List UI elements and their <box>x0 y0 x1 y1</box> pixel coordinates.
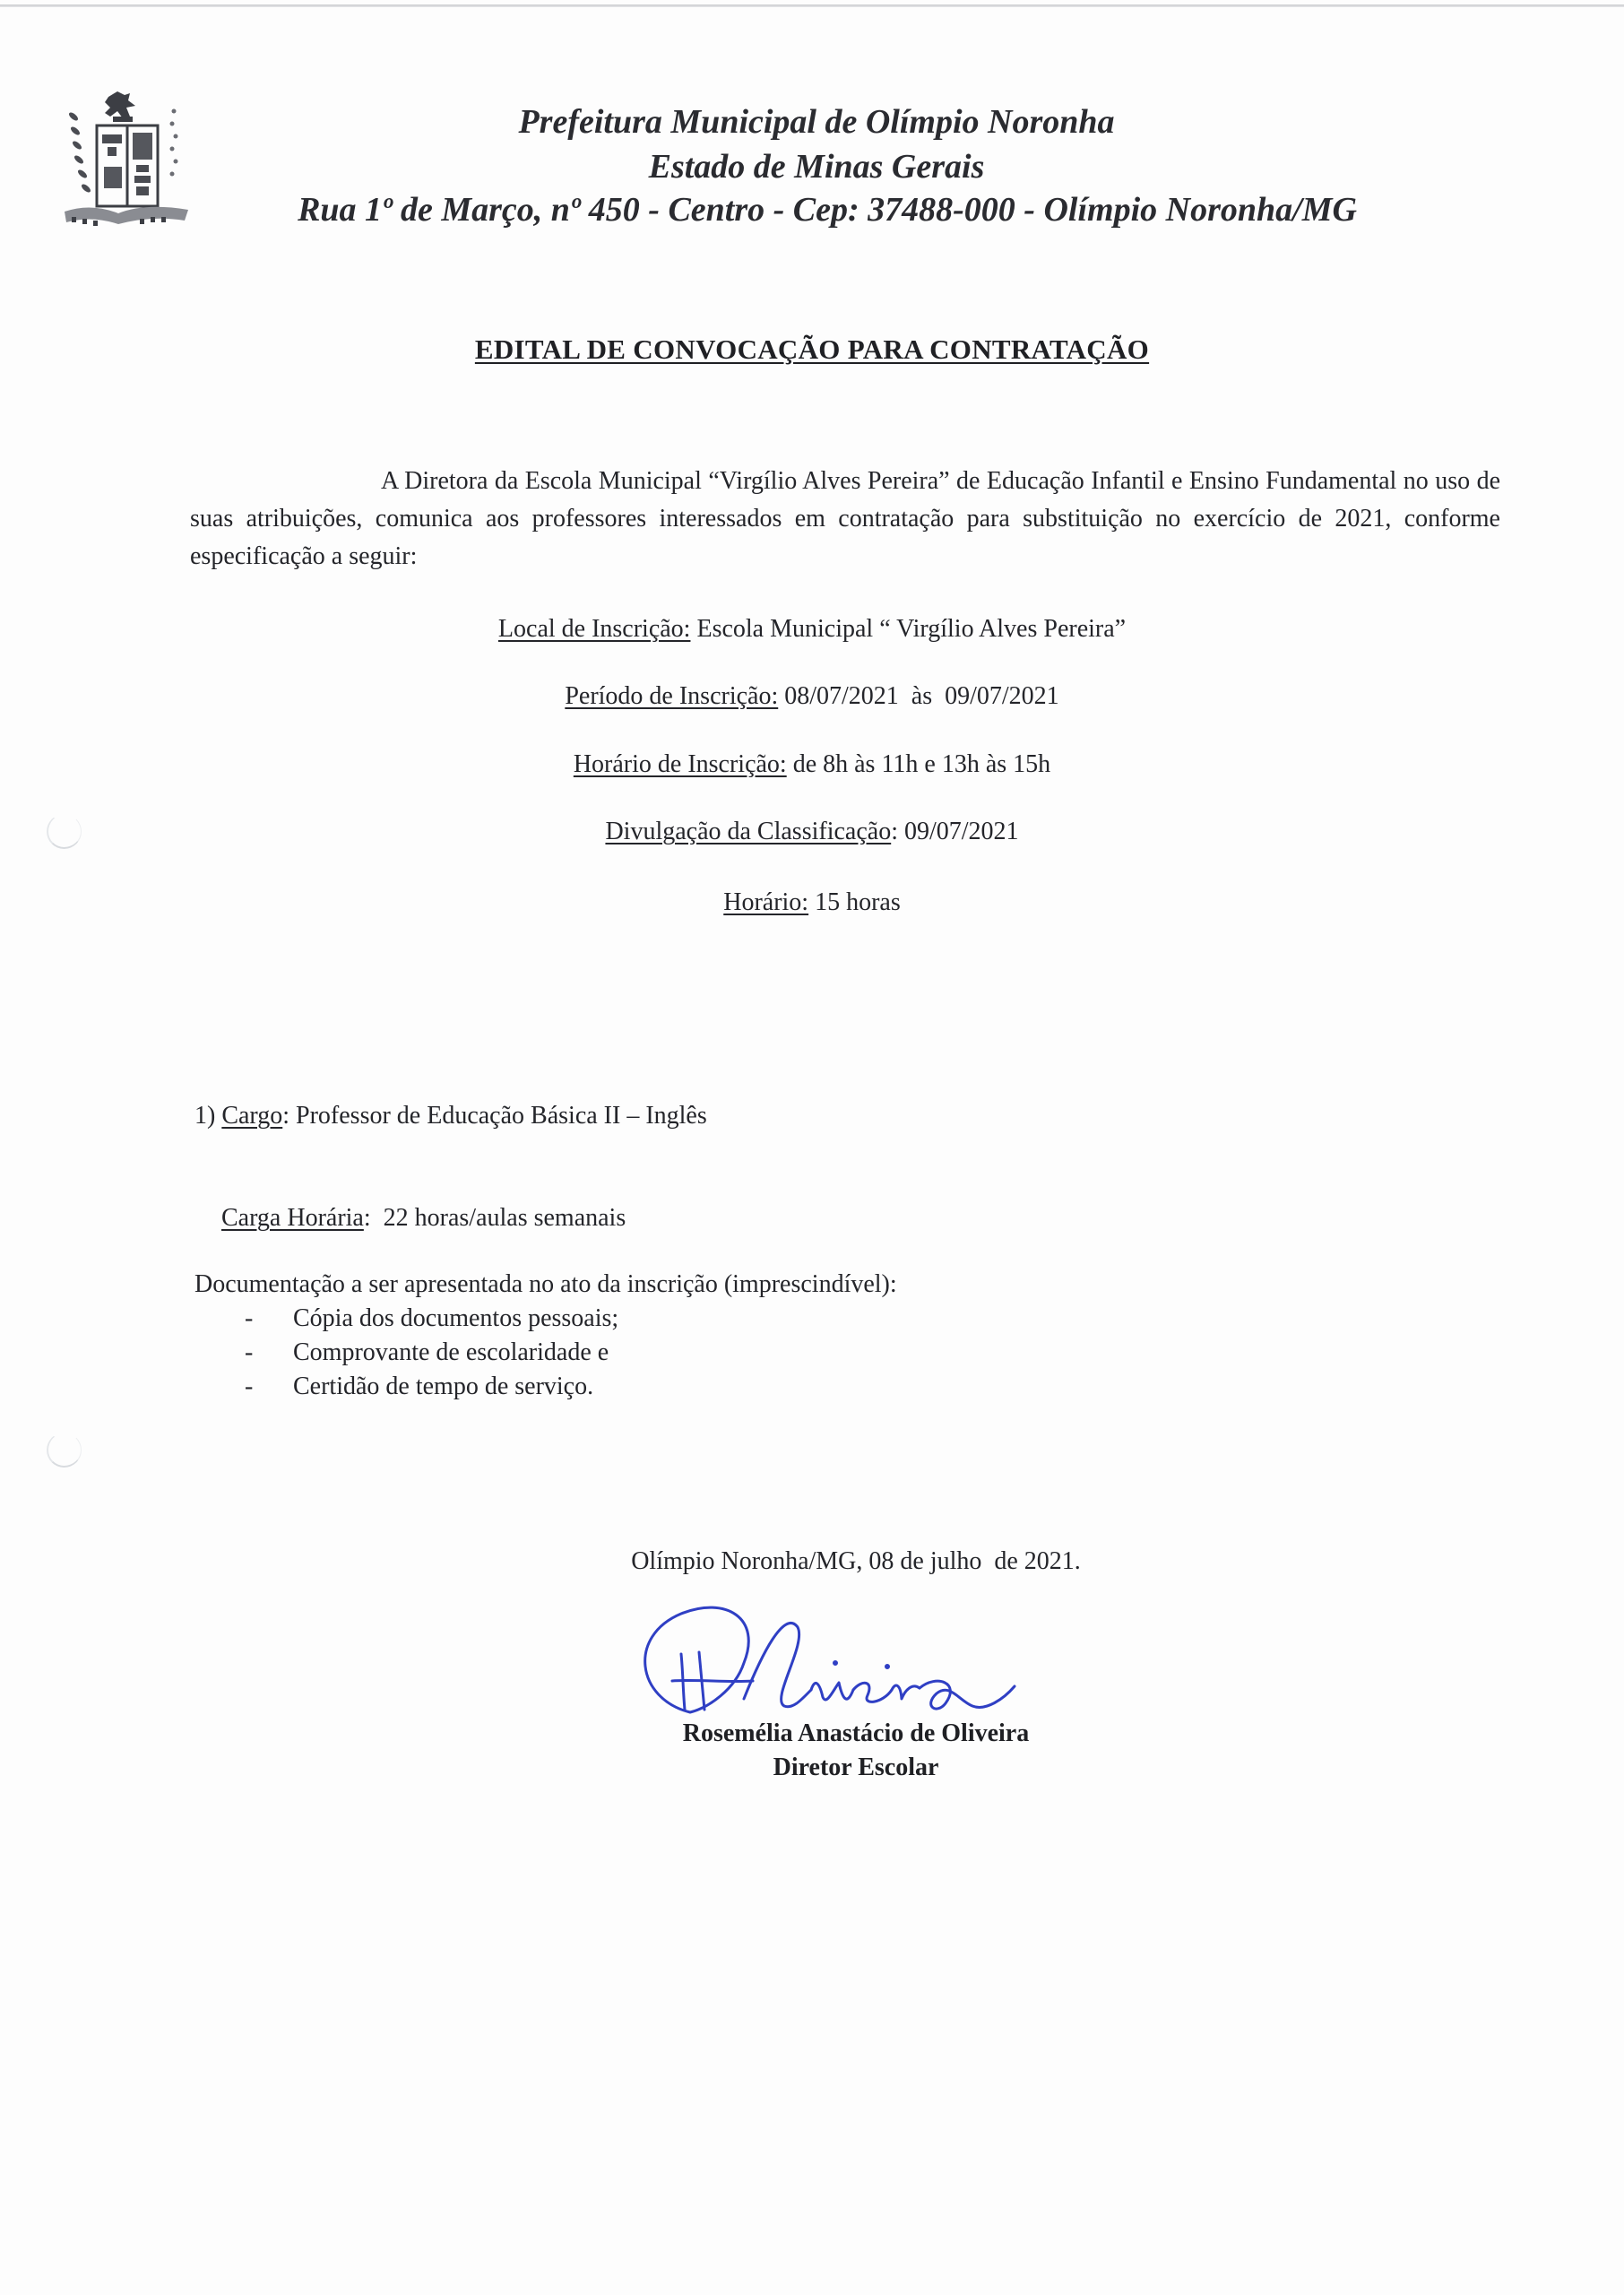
info-horario: Horário: 15 horas <box>0 888 1624 917</box>
info-label: Local de Inscrição: <box>498 615 691 643</box>
list-item-text: Certidão de tempo de serviço. <box>293 1373 593 1400</box>
info-local-inscricao: Local de Inscrição: Escola Municipal “ V… <box>0 615 1624 644</box>
info-value: : 09/07/2021 <box>891 818 1018 845</box>
list-item: -Cópia dos documentos pessoais; <box>194 1302 897 1336</box>
signer-role: Diretor Escolar <box>0 1754 1624 1782</box>
list-item-text: Comprovante de escolaridade e <box>293 1338 609 1366</box>
signature-icon <box>627 1600 1022 1721</box>
dash-bullet-icon: - <box>245 1302 253 1336</box>
info-label: Horário de Inscrição: <box>574 750 787 778</box>
document-title: EDITAL DE CONVOCAÇÃO PARA CONTRATAÇÃO <box>0 333 1624 366</box>
list-item: -Certidão de tempo de serviço. <box>194 1370 897 1404</box>
list-item-text: Cópia dos documentos pessoais; <box>293 1304 618 1332</box>
info-horario-inscricao: Horário de Inscrição: de 8h às 11h e 13h… <box>0 750 1624 779</box>
info-label: Período de Inscrição: <box>565 682 778 710</box>
dash-bullet-icon: - <box>245 1370 253 1404</box>
info-value: de 8h às 11h e 13h às 15h <box>787 750 1050 778</box>
header-state: Estado de Minas Gerais <box>0 147 1624 186</box>
documents-list: -Cópia dos documentos pessoais; -Comprov… <box>194 1302 897 1404</box>
header-municipality: Prefeitura Municipal de Olímpio Noronha <box>0 102 1624 142</box>
job-section: 1) Cargo: Professor de Educação Básica I… <box>194 1031 707 1303</box>
job-cargo-label: Cargo <box>221 1102 282 1130</box>
scan-top-edge <box>0 4 1624 7</box>
job-carga-label: Carga Horária <box>221 1204 364 1232</box>
info-periodo-inscricao: Período de Inscrição: 08/07/2021 às 09/0… <box>0 682 1624 711</box>
dash-bullet-icon: - <box>245 1336 253 1370</box>
job-cargo-value: : Professor de Educação Básica II – Ingl… <box>282 1102 707 1130</box>
intro-paragraph: A Diretora da Escola Municipal “Virgílio… <box>190 463 1500 576</box>
signer-name: Rosemélia Anastácio de Oliveira <box>0 1719 1624 1748</box>
job-carga-row: Carga Horária: 22 horas/aulas semanais <box>194 1201 707 1235</box>
info-divulgacao-classificacao: Divulgação da Classificação: 09/07/2021 <box>0 818 1624 846</box>
place-and-date: Olímpio Noronha/MG, 08 de julho de 2021. <box>0 1547 1624 1576</box>
documents-heading: Documentação a ser apresentada no ato da… <box>194 1268 897 1302</box>
documents-section: Documentação a ser apresentada no ato da… <box>194 1268 897 1404</box>
info-label: Horário: <box>723 888 808 916</box>
list-item: -Comprovante de escolaridade e <box>194 1336 897 1370</box>
document-page: Prefeitura Municipal de Olímpio Noronha … <box>0 0 1624 2295</box>
info-value: 15 horas <box>808 888 901 916</box>
info-value: Escola Municipal “ Virgílio Alves Pereir… <box>690 615 1126 643</box>
punch-hole-mark <box>47 1433 82 1468</box>
info-label: Divulgação da Classificação <box>605 818 891 845</box>
job-carga-value: : 22 horas/aulas semanais <box>364 1204 626 1232</box>
document-title-text: EDITAL DE CONVOCAÇÃO PARA CONTRATAÇÃO <box>475 333 1149 365</box>
job-number: 1) <box>194 1102 221 1130</box>
job-cargo-row: 1) Cargo: Professor de Educação Básica I… <box>194 1099 707 1133</box>
header-address: Rua 1º de Março, nº 450 - Centro - Cep: … <box>0 190 1624 229</box>
info-value: 08/07/2021 às 09/07/2021 <box>778 682 1058 710</box>
